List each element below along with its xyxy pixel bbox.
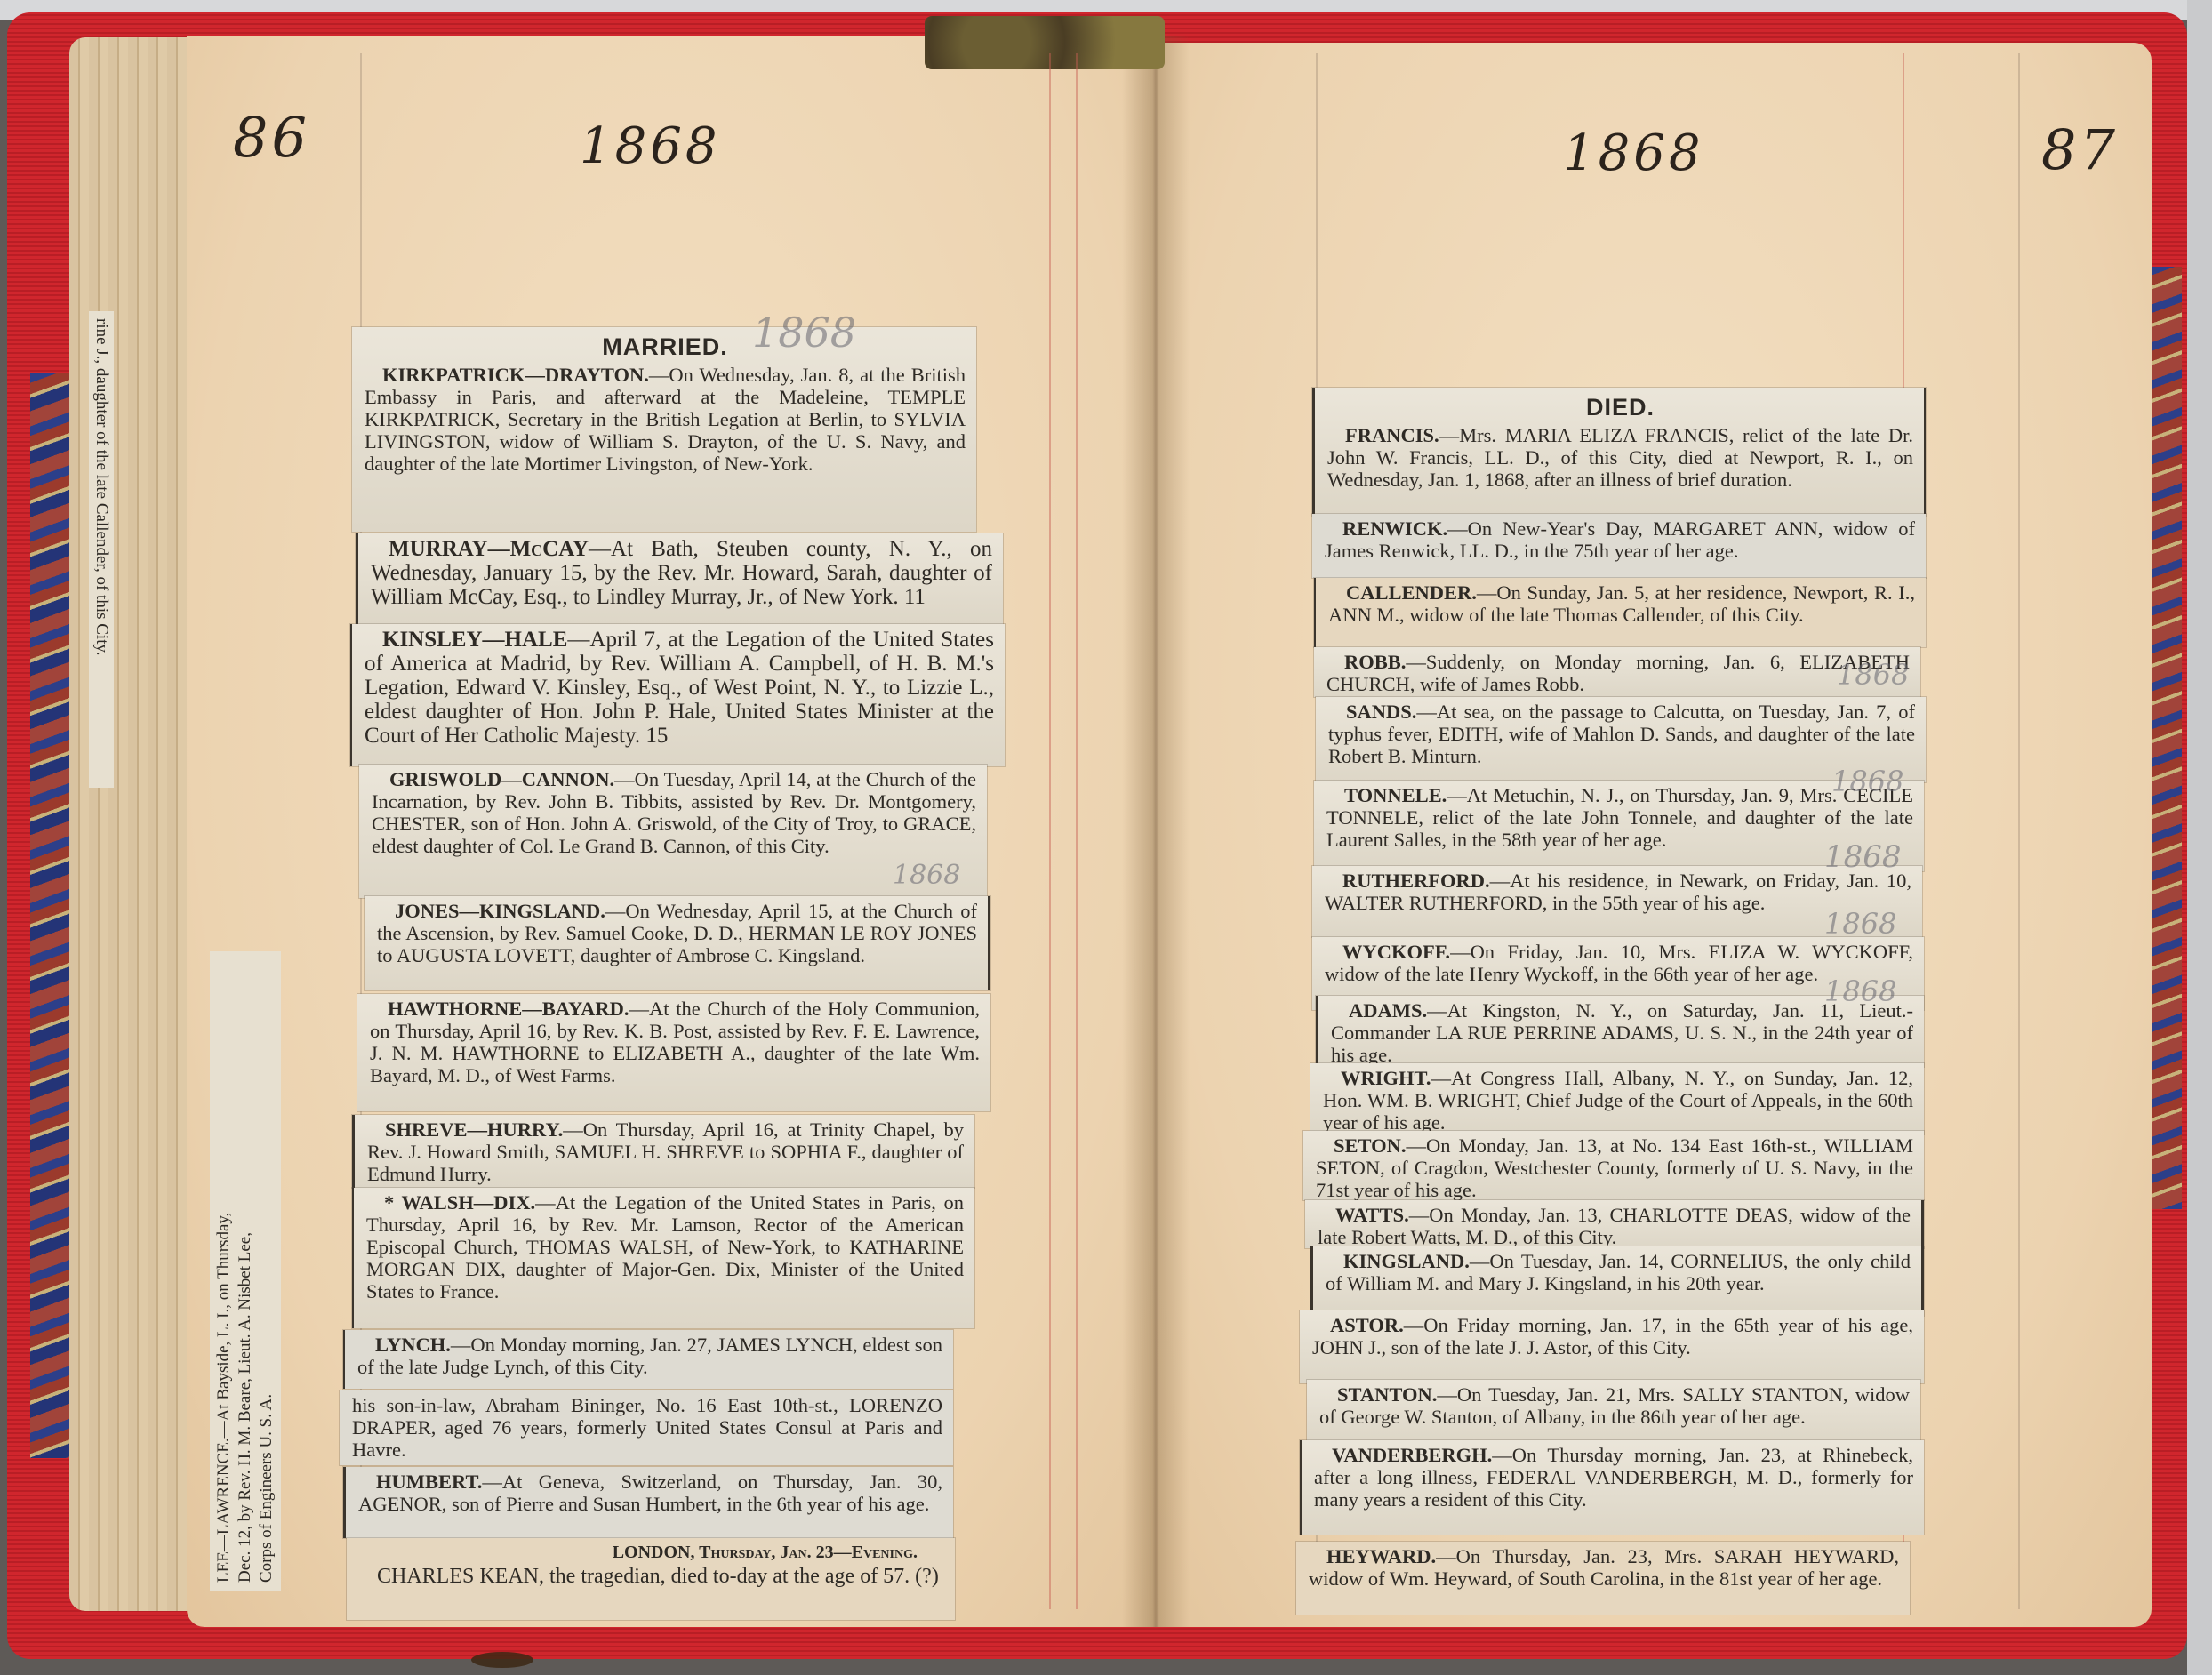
- clipping-seton: SETON.—On Monday, Jan. 13, at No. 134 Ea…: [1303, 1131, 1924, 1200]
- page-number-left: 86: [233, 105, 310, 170]
- notice-text: —On Monday, Jan. 13, at No. 134 East 16t…: [1316, 1134, 1913, 1201]
- spine-clipping-top-text: rine J., daughter of the late Callender,…: [92, 318, 111, 656]
- notice-entry: ADAMS.—At Kingston, N. Y., on Saturday, …: [1331, 999, 1913, 1066]
- notice-entry: KIRKPATRICK—DRAYTON.—On Wednesday, Jan. …: [365, 364, 966, 475]
- notice-name: GRISWOLD—CANNON.: [389, 768, 614, 790]
- ink-stain: [471, 1652, 533, 1668]
- notice-entry: VANDERBERGH.—On Thursday morning, Jan. 2…: [1314, 1444, 1913, 1511]
- clipping-callender: CALLENDER.—On Sunday, Jan. 5, at her res…: [1314, 578, 1926, 647]
- notice-entry: ASTOR.—On Friday morning, Jan. 17, in th…: [1312, 1314, 1913, 1358]
- clipping-hawthorne-bayard: HAWTHORNE—BAYARD.—At the Church of the H…: [357, 994, 990, 1111]
- margin-rule: [2018, 53, 2020, 1609]
- notice-name: CALLENDER.: [1346, 581, 1477, 604]
- notice-text: —Suddenly, on Monday morning, Jan. 6, EL…: [1326, 651, 1910, 695]
- pencil-year-note: 1868: [1831, 765, 1903, 798]
- clipping-jones-kingsland: JONES—KINGSLAND.—On Wednesday, April 15,…: [365, 896, 990, 990]
- clipping-walsh-dix: * WALSH—DIX.—At the Legation of the Unit…: [352, 1188, 974, 1328]
- clipping-humbert: HUMBERT.—At Geneva, Switzerland, on Thur…: [343, 1467, 953, 1538]
- notice-entry: KINSLEY—HALE—April 7, at the Legation of…: [365, 628, 994, 748]
- notice-name: FRANCIS.: [1345, 424, 1439, 446]
- spine-clipping-line: LEE—LAWRENCE.—At Bayside, L. I., on Thur…: [213, 960, 235, 1583]
- marbled-endpaper-right: [2152, 267, 2182, 1209]
- notice-name: ASTOR.: [1330, 1314, 1404, 1336]
- notice-name: STANTON.: [1337, 1383, 1437, 1406]
- notice-name: SANDS.: [1346, 701, 1416, 723]
- clipping-kingsland: KINGSLAND.—On Tuesday, Jan. 14, CORNELIU…: [1310, 1246, 1924, 1316]
- torn-spine-top: [925, 16, 1165, 69]
- clipping-charles-kean: LONDON, Thursday, Jan. 23—Evening. CHARL…: [347, 1538, 955, 1620]
- notice-name: ADAMS.: [1349, 999, 1427, 1022]
- news-text: CHARLES KEAN, the tragedian, died to-day…: [359, 1563, 944, 1590]
- clipping-draper: his son-in-law, Abraham Bininger, No. 16…: [340, 1390, 953, 1465]
- news-dateline: LONDON, Thursday, Jan. 23—Evening.: [359, 1542, 944, 1563]
- died-heading: DIED.: [1327, 397, 1913, 419]
- spine-clipping-line: Corps of Engineers U. S. A.: [256, 960, 277, 1583]
- notice-entry: STANTON.—On Tuesday, Jan. 21, Mrs. SALLY…: [1319, 1383, 1910, 1428]
- notice-name: KIRKPATRICK—DRAYTON.: [382, 364, 649, 386]
- year-heading-right: 1868: [1563, 124, 1704, 182]
- clipping-robb: ROBB.—Suddenly, on Monday morning, Jan. …: [1314, 647, 1920, 697]
- notice-entry: JONES—KINGSLAND.—On Wednesday, April 15,…: [377, 900, 977, 966]
- notice-name: HUMBERT.: [376, 1471, 482, 1493]
- notice-entry: SHREVE—HURRY.—On Thursday, April 16, at …: [367, 1118, 964, 1185]
- spine-clipping-line: Dec. 12, by Rev. H. M. Beare, Lieut. A. …: [235, 960, 256, 1583]
- notice-entry: LYNCH.—On Monday morning, Jan. 27, JAMES…: [357, 1334, 942, 1378]
- notice-entry: FRANCIS.—Mrs. MARIA ELIZA FRANCIS, relic…: [1327, 424, 1913, 491]
- clipping-murray-mccay: MURRAY—McCAY—At Bath, Steuben county, N.…: [356, 533, 1003, 624]
- notice-name: RUTHERFORD.: [1342, 870, 1490, 892]
- clipping-griswold-cannon: GRISWOLD—CANNON.—On Tuesday, April 14, a…: [359, 765, 987, 898]
- notice-entry: MURRAY—McCAY—At Bath, Steuben county, N.…: [371, 537, 992, 609]
- book-gutter: [1122, 36, 1190, 1627]
- notice-name: VANDERBERGH.: [1332, 1444, 1492, 1466]
- notice-entry: HUMBERT.—At Geneva, Switzerland, on Thur…: [358, 1471, 942, 1515]
- notice-entry: ROBB.—Suddenly, on Monday morning, Jan. …: [1326, 651, 1910, 695]
- clipping-lynch: LYNCH.—On Monday morning, Jan. 27, JAMES…: [343, 1330, 953, 1389]
- page-number-right: 87: [2041, 117, 2119, 182]
- clipping-vanderbergh: VANDERBERGH.—On Thursday morning, Jan. 2…: [1300, 1440, 1924, 1535]
- notice-entry: SANDS.—At sea, on the passage to Calcutt…: [1328, 701, 1915, 767]
- notice-entry: KINGSLAND.—On Tuesday, Jan. 14, CORNELIU…: [1326, 1250, 1911, 1294]
- clipping-heyward: HEYWARD.—On Thursday, Jan. 23, Mrs. SARA…: [1296, 1542, 1910, 1615]
- pencil-year-note: 1868: [1824, 839, 1902, 875]
- notice-name: SETON.: [1334, 1134, 1407, 1157]
- notice-name: KINSLEY—HALE: [382, 628, 567, 652]
- notice-text: his son-in-law, Abraham Bininger, No. 16…: [352, 1394, 942, 1461]
- pencil-year-note: 1868: [752, 322, 856, 344]
- notice-name: * WALSH—DIX.: [384, 1191, 535, 1214]
- notice-name: TONNELE.: [1344, 784, 1447, 806]
- notice-entry: SETON.—On Monday, Jan. 13, at No. 134 Ea…: [1316, 1134, 1913, 1201]
- notice-name: WATTS.: [1335, 1204, 1409, 1226]
- notice-name: WYCKOFF.: [1342, 941, 1450, 963]
- notice-entry: HEYWARD.—On Thursday, Jan. 23, Mrs. SARA…: [1309, 1545, 1899, 1590]
- spine-clipping-bottom: LEE—LAWRENCE.—At Bayside, L. I., on Thur…: [210, 951, 281, 1591]
- notice-name: ROBB.: [1344, 651, 1406, 673]
- pencil-year-note: 1868: [1824, 907, 1896, 941]
- married-heading: MARRIED.: [365, 336, 966, 358]
- notice-text: —At sea, on the passage to Calcutta, on …: [1328, 701, 1915, 767]
- pencil-year-note: 1868: [893, 864, 960, 886]
- pencil-year-note: 1868: [1837, 658, 1909, 692]
- notice-name: WRIGHT.: [1341, 1067, 1431, 1089]
- notice-name: MURRAY—McCAY: [389, 537, 589, 561]
- clipping-shreve-hurry: SHREVE—HURRY.—On Thursday, April 16, at …: [352, 1115, 974, 1188]
- notice-entry: WATTS.—On Monday, Jan. 13, CHARLOTTE DEA…: [1318, 1204, 1911, 1248]
- marginal-number: 15: [645, 724, 668, 748]
- notice-entry: HAWTHORNE—BAYARD.—At the Church of the H…: [370, 998, 980, 1086]
- notice-entry: GRISWOLD—CANNON.—On Tuesday, April 14, a…: [372, 768, 976, 857]
- marginal-number: 11: [904, 585, 926, 609]
- notice-entry: his son-in-law, Abraham Bininger, No. 16…: [352, 1394, 942, 1461]
- margin-rule: [1076, 53, 1078, 1609]
- notice-name: RENWICK.: [1342, 517, 1447, 540]
- notice-entry: RUTHERFORD.—At his residence, in Newark,…: [1325, 870, 1911, 914]
- clipping-stanton: STANTON.—On Tuesday, Jan. 21, Mrs. SALLY…: [1307, 1380, 1920, 1442]
- notice-name: KINGSLAND.: [1343, 1250, 1470, 1272]
- notice-name: HAWTHORNE—BAYARD.: [388, 998, 629, 1020]
- notice-entry: CALLENDER.—On Sunday, Jan. 5, at her res…: [1328, 581, 1915, 626]
- pencil-year-note: 1868: [1824, 974, 1896, 1008]
- marbled-endpaper-left: [30, 373, 71, 1458]
- notice-entry: * WALSH—DIX.—At the Legation of the Unit…: [366, 1191, 964, 1302]
- notice-name: HEYWARD.: [1326, 1545, 1436, 1567]
- year-heading-left: 1868: [580, 117, 721, 175]
- notice-name: LYNCH.: [375, 1334, 451, 1356]
- clipping-kinsley-hale: KINSLEY—HALE—April 7, at the Legation of…: [350, 624, 1005, 766]
- margin-rule: [1049, 53, 1051, 1609]
- notice-entry: WRIGHT.—At Congress Hall, Albany, N. Y.,…: [1323, 1067, 1913, 1134]
- scan-background-right: [2187, 0, 2212, 1675]
- notice-entry: RENWICK.—On New-Year's Day, MARGARET ANN…: [1325, 517, 1915, 562]
- clipping-wright: WRIGHT.—At Congress Hall, Albany, N. Y.,…: [1310, 1063, 1924, 1134]
- spine-clipping-top: rine J., daughter of the late Callender,…: [89, 311, 114, 788]
- clipping-married-kirkpatrick: MARRIED. 1868 KIRKPATRICK—DRAYTON.—On We…: [352, 327, 976, 532]
- clipping-renwick: RENWICK.—On New-Year's Day, MARGARET ANN…: [1312, 514, 1926, 578]
- clipping-watts: WATTS.—On Monday, Jan. 13, CHARLOTTE DEA…: [1305, 1200, 1924, 1248]
- clipping-astor: ASTOR.—On Friday morning, Jan. 17, in th…: [1300, 1310, 1924, 1383]
- notice-name: SHREVE—HURRY.: [385, 1118, 563, 1141]
- clipping-died-francis: DIED. FRANCIS.—Mrs. MARIA ELIZA FRANCIS,…: [1312, 388, 1926, 516]
- notice-name: JONES—KINGSLAND.: [395, 900, 605, 922]
